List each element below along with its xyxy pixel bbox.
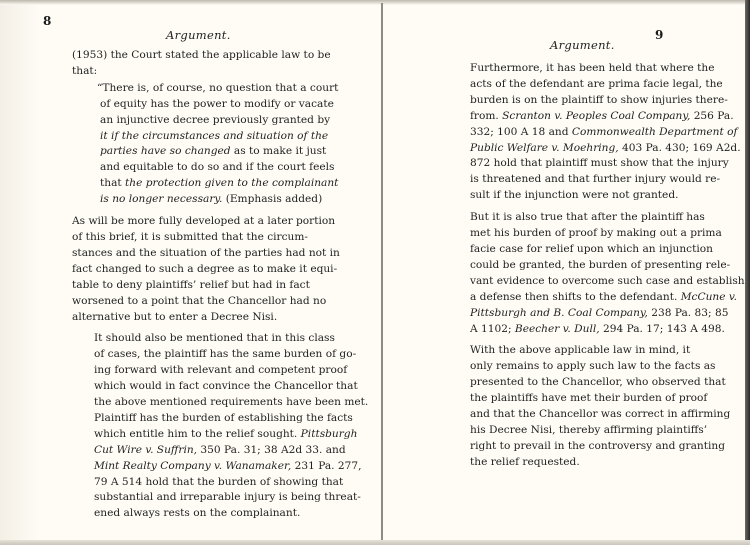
case-citation: the protection given to the complainant bbox=[125, 177, 338, 189]
text-line: presented to the Chancellor, who observe… bbox=[448, 375, 688, 391]
text-line: ened always rests on the complainant. bbox=[72, 506, 308, 522]
case-citation: Scranton v. Peoples Coal Company, bbox=[502, 110, 690, 122]
paragraph: It should also be mentioned that in this… bbox=[72, 331, 308, 522]
text-run: Plaintiff has the burden of establishing… bbox=[94, 412, 353, 424]
text-line: stances and the situation of the parties… bbox=[72, 246, 308, 262]
text-run: only remains to apply such law to the fa… bbox=[470, 360, 716, 372]
case-citation: Public Welfare v. Moehring, bbox=[470, 142, 619, 154]
text-run: burden is on the plaintiff to show injur… bbox=[470, 94, 728, 106]
text-run: the above mentioned requirements have be… bbox=[94, 396, 368, 408]
text-run: (1953) the Court stated the applicable l… bbox=[72, 49, 331, 61]
text-line: sult if the injunction were not granted. bbox=[448, 188, 688, 204]
paragraph: (1953) the Court stated the applicable l… bbox=[72, 48, 308, 80]
text-line: Pittsburgh and B. Coal Company, 238 Pa. … bbox=[448, 306, 688, 322]
text-line: could be granted, the burden of presenti… bbox=[448, 258, 688, 274]
text-run: stances and the situation of the parties… bbox=[72, 247, 340, 259]
case-citation: Pittsburgh bbox=[301, 428, 358, 440]
text-line: burden is on the plaintiff to show injur… bbox=[448, 93, 688, 109]
page-number: 8 bbox=[43, 14, 51, 28]
text-line: the relief requested. bbox=[448, 455, 688, 471]
left-page-body: (1953) the Court stated the applicable l… bbox=[72, 48, 308, 522]
running-head: Argument. bbox=[550, 38, 615, 52]
case-citation: Cut Wire v. Suffrin, bbox=[94, 444, 197, 456]
text-line: of equity has the power to modify or vac… bbox=[100, 97, 308, 113]
left-page: 8 Argument. (1953) the Court stated the … bbox=[0, 0, 381, 540]
text-run: (Emphasis added) bbox=[222, 193, 322, 205]
text-line: a defense then shifts to the defendant. … bbox=[448, 290, 688, 306]
text-run: 350 Pa. 31; 38 A2d 33. and bbox=[197, 444, 346, 456]
text-run: his Decree Nisi, thereby affirming plain… bbox=[470, 424, 707, 436]
text-run: worsened to a point that the Chancellor … bbox=[72, 295, 326, 307]
text-run: that: bbox=[72, 65, 97, 77]
case-citation: Beecher v. Dull, bbox=[515, 323, 600, 335]
text-run: which entitle him to the relief sought. bbox=[94, 428, 301, 440]
text-line: an injunctive decree previously granted … bbox=[100, 113, 308, 129]
case-citation: McCune v. bbox=[681, 291, 737, 303]
text-run: Furthermore, it has been held that where… bbox=[470, 62, 714, 74]
text-line: table to deny plaintiffs’ relief but had… bbox=[72, 278, 308, 294]
text-line: which would in fact convince the Chancel… bbox=[72, 379, 308, 395]
text-run: that bbox=[100, 177, 125, 189]
text-line: facie case for relief upon which an inju… bbox=[448, 242, 688, 258]
case-citation: Pittsburgh and B. Coal Company, bbox=[470, 307, 648, 319]
text-run: from. bbox=[470, 110, 502, 122]
scan-right-edge bbox=[745, 0, 750, 545]
case-citation: is no longer necessary. bbox=[100, 193, 222, 205]
text-run: 79 A 514 hold that the burden of showing… bbox=[94, 476, 343, 488]
paragraph: “There is, of course, no question that a… bbox=[100, 81, 308, 208]
text-run: “There is, of course, no question that a… bbox=[97, 82, 338, 94]
case-citation: it if the circumstances and situation of… bbox=[100, 130, 328, 142]
text-run: right to prevail in the controversy and … bbox=[470, 440, 725, 452]
text-run: ing forward with relevant and competent … bbox=[94, 364, 347, 376]
text-line: “There is, of course, no question that a… bbox=[100, 81, 308, 97]
text-line: that the protection given to the complai… bbox=[100, 176, 308, 192]
scan-top-shadow bbox=[0, 0, 750, 5]
text-run: substantial and irreparable injury is be… bbox=[94, 491, 361, 503]
text-line: the plaintiffs have met their burden of … bbox=[448, 391, 688, 407]
case-citation: Commonwealth Department of bbox=[572, 126, 738, 138]
case-citation: parties have so changed bbox=[100, 145, 231, 157]
text-run: 294 Pa. 17; 143 A 498. bbox=[600, 323, 725, 335]
paragraph: Furthermore, it has been held that where… bbox=[448, 61, 688, 204]
text-line: 79 A 514 hold that the burden of showing… bbox=[72, 475, 308, 491]
text-line: met his burden of proof by making out a … bbox=[448, 226, 688, 242]
text-line: is threatened and that further injury wo… bbox=[448, 172, 688, 188]
text-run: presented to the Chancellor, who observe… bbox=[470, 376, 726, 388]
text-run: As will be more fully developed at a lat… bbox=[72, 215, 335, 227]
text-run: ened always rests on the complainant. bbox=[94, 507, 300, 519]
page-number: 9 bbox=[655, 28, 663, 42]
paragraph: But it is also true that after the plain… bbox=[448, 210, 688, 337]
text-run: alternative but to enter a Decree Nisi. bbox=[72, 311, 277, 323]
text-line: worsened to a point that the Chancellor … bbox=[72, 294, 308, 310]
text-run: 231 Pa. 277, bbox=[291, 460, 361, 472]
text-run: which would in fact convince the Chancel… bbox=[94, 380, 358, 392]
text-line: (1953) the Court stated the applicable l… bbox=[72, 48, 308, 64]
text-run: 872 hold that plaintiff must show that t… bbox=[470, 157, 729, 169]
text-run: as to make it just bbox=[231, 145, 327, 157]
text-run: could be granted, the burden of presenti… bbox=[470, 259, 730, 271]
text-run: and equitable to do so and if the court … bbox=[100, 161, 334, 173]
text-run: an injunctive decree previously granted … bbox=[100, 114, 330, 126]
text-line: 872 hold that plaintiff must show that t… bbox=[448, 156, 688, 172]
scan-bottom-edge bbox=[0, 540, 750, 545]
text-line: alternative but to enter a Decree Nisi. bbox=[72, 310, 308, 326]
text-line: his Decree Nisi, thereby affirming plain… bbox=[448, 423, 688, 439]
text-line: ing forward with relevant and competent … bbox=[72, 363, 308, 379]
text-line: Mint Realty Company v. Wanamaker, 231 Pa… bbox=[72, 459, 308, 475]
scanned-book-spread: 8 Argument. (1953) the Court stated the … bbox=[0, 0, 750, 545]
text-line: Cut Wire v. Suffrin, 350 Pa. 31; 38 A2d … bbox=[72, 443, 308, 459]
right-page: 9 Argument. Furthermore, it has been hel… bbox=[383, 0, 745, 540]
text-line: from. Scranton v. Peoples Coal Company, … bbox=[448, 109, 688, 125]
text-run: 256 Pa. bbox=[690, 110, 733, 122]
text-run: table to deny plaintiffs’ relief but had… bbox=[72, 279, 310, 291]
text-run: 332; 100 A 18 and bbox=[470, 126, 572, 138]
text-run: With the above applicable law in mind, i… bbox=[470, 344, 690, 356]
text-run: But it is also true that after the plain… bbox=[470, 211, 705, 223]
running-head: Argument. bbox=[166, 28, 231, 42]
book-gutter bbox=[381, 3, 383, 545]
text-line: and that the Chancellor was correct in a… bbox=[448, 407, 688, 423]
text-run: vant evidence to overcome such case and … bbox=[470, 275, 745, 287]
text-run: is threatened and that further injury wo… bbox=[470, 173, 720, 185]
text-line: But it is also true that after the plain… bbox=[448, 210, 688, 226]
text-run: It should also be mentioned that in this… bbox=[94, 332, 335, 344]
text-line: Plaintiff has the burden of establishing… bbox=[72, 411, 308, 427]
text-line: of cases, the plaintiff has the same bur… bbox=[72, 347, 308, 363]
text-run: met his burden of proof by making out a … bbox=[470, 227, 722, 239]
text-run: 238 Pa. 83; 85 bbox=[648, 307, 729, 319]
text-run: sult if the injunction were not granted. bbox=[470, 189, 678, 201]
right-page-body: Furthermore, it has been held that where… bbox=[448, 61, 688, 471]
text-run: a defense then shifts to the defendant. bbox=[470, 291, 681, 303]
text-line: parties have so changed as to make it ju… bbox=[100, 144, 308, 160]
text-line: is no longer necessary. (Emphasis added) bbox=[100, 192, 308, 208]
text-line: fact changed to such a degree as to make… bbox=[72, 262, 308, 278]
text-run: facie case for relief upon which an inju… bbox=[470, 243, 713, 255]
text-line: which entitle him to the relief sought. … bbox=[72, 427, 308, 443]
paragraph: With the above applicable law in mind, i… bbox=[448, 343, 688, 470]
text-line: the above mentioned requirements have be… bbox=[72, 395, 308, 411]
text-run: acts of the defendant are prima facie le… bbox=[470, 78, 723, 90]
text-line: With the above applicable law in mind, i… bbox=[448, 343, 688, 359]
text-line: 332; 100 A 18 and Commonwealth Departmen… bbox=[448, 125, 688, 141]
paragraph: As will be more fully developed at a lat… bbox=[72, 214, 308, 325]
text-run: of this brief, it is submitted that the … bbox=[72, 231, 308, 243]
text-line: of this brief, it is submitted that the … bbox=[72, 230, 308, 246]
text-line: substantial and irreparable injury is be… bbox=[72, 490, 308, 506]
text-run: the relief requested. bbox=[470, 456, 580, 468]
text-run: and that the Chancellor was correct in a… bbox=[470, 408, 730, 420]
text-run: 403 Pa. 430; 169 A2d. bbox=[619, 142, 741, 154]
text-line: As will be more fully developed at a lat… bbox=[72, 214, 308, 230]
text-line: right to prevail in the controversy and … bbox=[448, 439, 688, 455]
text-line: A 1102; Beecher v. Dull, 294 Pa. 17; 143… bbox=[448, 322, 688, 338]
text-line: Public Welfare v. Moehring, 403 Pa. 430;… bbox=[448, 141, 688, 157]
case-citation: Mint Realty Company v. Wanamaker, bbox=[94, 460, 291, 472]
text-line: and equitable to do so and if the court … bbox=[100, 160, 308, 176]
text-line: vant evidence to overcome such case and … bbox=[448, 274, 688, 290]
text-run: fact changed to such a degree as to make… bbox=[72, 263, 337, 275]
text-run: the plaintiffs have met their burden of … bbox=[470, 392, 707, 404]
text-run: of equity has the power to modify or vac… bbox=[100, 98, 334, 110]
text-run: A 1102; bbox=[470, 323, 515, 335]
text-run: of cases, the plaintiff has the same bur… bbox=[94, 348, 356, 360]
text-line: It should also be mentioned that in this… bbox=[72, 331, 308, 347]
text-line: acts of the defendant are prima facie le… bbox=[448, 77, 688, 93]
text-line: it if the circumstances and situation of… bbox=[100, 129, 308, 145]
text-line: Furthermore, it has been held that where… bbox=[448, 61, 688, 77]
text-line: only remains to apply such law to the fa… bbox=[448, 359, 688, 375]
text-line: that: bbox=[72, 64, 308, 80]
